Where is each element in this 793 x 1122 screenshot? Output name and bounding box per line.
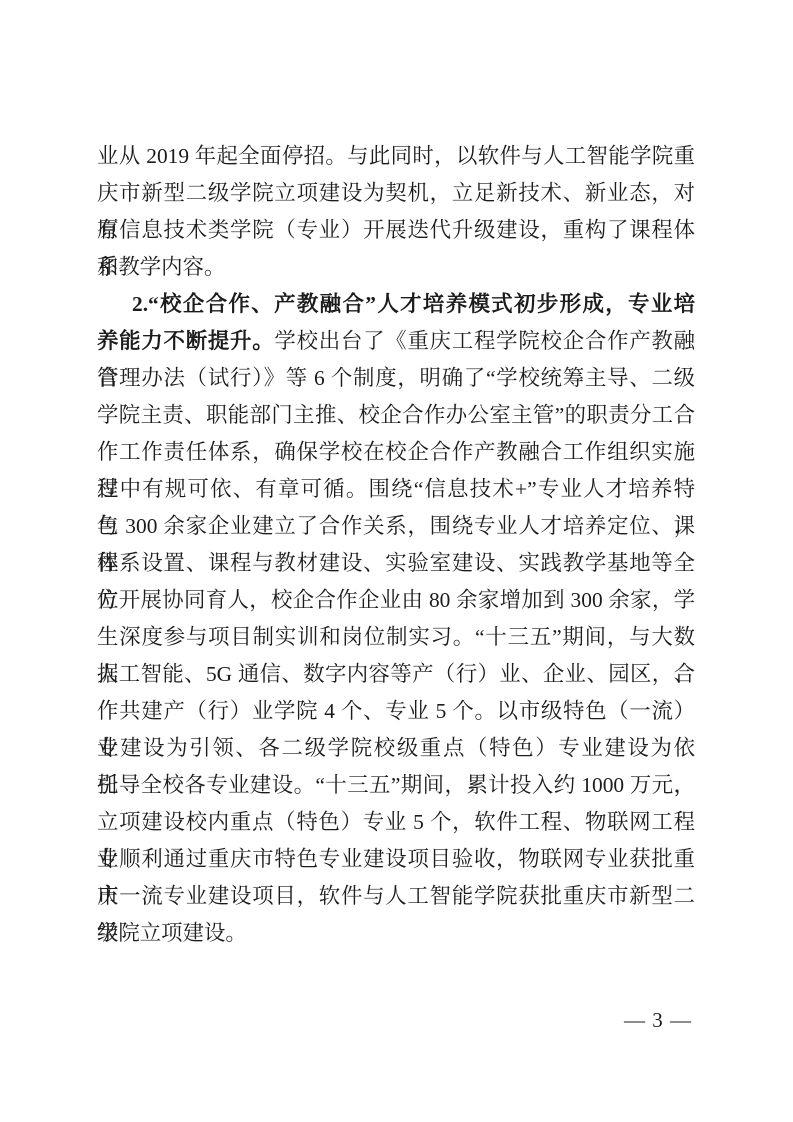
text-run: 和教学内容。 [97,255,225,279]
text-run: 人工智能、5G 通信、数字内容等产（行）业、企业、园区，合 [97,662,695,686]
text-run: 学院立项建设。 [97,921,247,945]
text-run: 位开展协同育人，校企合作企业由 80 余家增加到 300 余家，学 [97,588,695,612]
text-line: 作工作责任体系，确保学校在校企合作产教融合工作组织实施过 [97,434,695,471]
text-run: 学院主责、职能部门主推、校企合作办公室主管”的职责分工合 [97,403,695,427]
document-body: 业从 2019 年起全面停招。与此同时，以软件与人工智能学院重庆市新型二级学院立… [97,138,695,952]
text-line: 管理办法（试行）》等 6 个制度，明确了“学校统筹主导、二级 [97,360,695,397]
text-line: 程中有规可依、有章可循。围绕“信息技术+”专业人才培养特色， [97,471,695,508]
text-line: 业从 2019 年起全面停招。与此同时，以软件与人工智能学院重 [97,138,695,175]
text-line: 和教学内容。 [97,249,695,286]
text-run: 管理办法（试行）》等 6 个制度，明确了“学校统筹主导、二级 [97,366,695,390]
text-line: 2.“校企合作、产教融合”人才培养模式初步形成，专业培 [97,286,695,323]
text-line: 学院立项建设。 [97,915,695,952]
text-line: 与 300 余家企业建立了合作关系，围绕专业人才培养定位、课程 [97,508,695,545]
document-page: 业从 2019 年起全面停招。与此同时，以软件与人工智能学院重庆市新型二级学院立… [0,0,793,1122]
text-line: 立项建设校内重点（特色）专业 5 个，软件工程、物联网工程专 [97,804,695,841]
text-line: 生深度参与项目制实训和岗位制实习。“十三五”期间，与大数据、 [97,619,695,656]
text-line: 学院主责、职能部门主推、校企合作办公室主管”的职责分工合 [97,397,695,434]
text-line: 业顺利通过重庆市特色专业建设项目验收，物联网专业获批重庆 [97,841,695,878]
text-line: 庆市新型二级学院立项建设为契机，立足新技术、新业态，对原 [97,175,695,212]
page-number: — 3 — [624,1006,692,1034]
text-line: 体系设置、课程与教材建设、实验室建设、实践教学基地等全方 [97,545,695,582]
text-line: 人工智能、5G 通信、数字内容等产（行）业、企业、园区，合 [97,656,695,693]
text-line: 业建设为引领、各二级学院校级重点（特色）专业建设为依托， [97,730,695,767]
text-run: 业从 2019 年起全面停招。与此同时，以软件与人工智能学院重 [97,144,695,168]
text-line: 有信息技术类学院（专业）开展迭代升级建设，重构了课程体系 [97,212,695,249]
text-line: 作共建产（行）业学院 4 个、专业 5 个。以市级特色（一流）专 [97,693,695,730]
bold-text-run: 养能力不断提升。 [97,329,274,353]
text-line: 位开展协同育人，校企合作企业由 80 余家增加到 300 余家，学 [97,582,695,619]
text-line: 养能力不断提升。学校出台了《重庆工程学院校企合作产教融合 [97,323,695,360]
bold-text-run: 2.“校企合作、产教融合”人才培养模式初步形成，专业培 [132,292,695,316]
text-run: 引导全校各专业建设。“十三五”期间，累计投入约 1000 万元， [97,773,695,797]
text-line: 引导全校各专业建设。“十三五”期间，累计投入约 1000 万元， [97,767,695,804]
text-line: 市一流专业建设项目，软件与人工智能学院获批重庆市新型二级 [97,878,695,915]
